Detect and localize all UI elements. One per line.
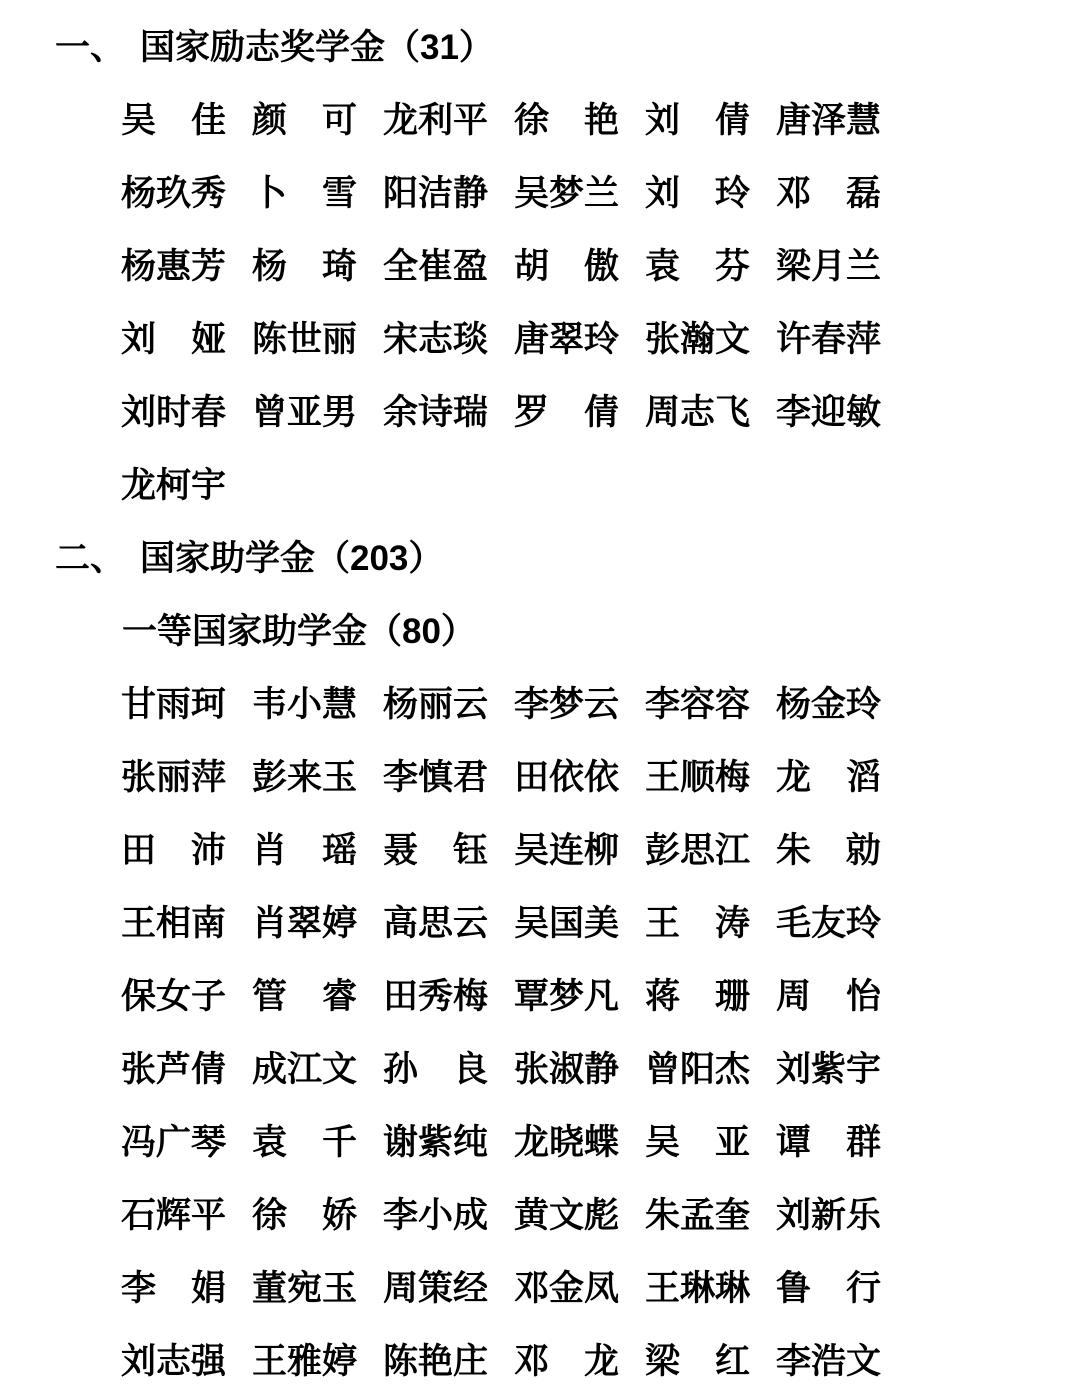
student-name: 聂 钰 <box>383 833 488 868</box>
student-name: 李容容 <box>645 687 750 722</box>
student-name: 徐 娇 <box>252 1198 357 1233</box>
student-name: 张瀚文 <box>645 322 750 357</box>
student-name: 周策经 <box>383 1271 488 1306</box>
student-name: 覃梦凡 <box>514 979 619 1014</box>
student-name: 李慎君 <box>383 760 488 795</box>
student-name: 杨金玲 <box>776 687 881 722</box>
name-row: 田 沛肖 瑶聂 钰吴连柳彭思江朱 勍 <box>0 814 1080 887</box>
student-name: 杨玖秀 <box>121 176 226 211</box>
student-name: 王 涛 <box>645 906 750 941</box>
subsection-title: 一等国家助学金（80） <box>122 614 476 649</box>
student-name: 张芦倩 <box>121 1052 226 1087</box>
student-name: 许春萍 <box>776 322 881 357</box>
name-row: 保女子管 睿田秀梅覃梦凡蒋 珊周 怡 <box>0 960 1080 1033</box>
student-name: 邓 磊 <box>776 176 881 211</box>
student-name: 董宛玉 <box>252 1271 357 1306</box>
student-name: 吴 佳 <box>121 103 226 138</box>
student-name: 鲁 行 <box>776 1271 881 1306</box>
student-name: 彭思江 <box>645 833 750 868</box>
student-name: 王相南 <box>121 906 226 941</box>
student-name: 唐翠玲 <box>514 322 619 357</box>
student-name: 刘 倩 <box>645 103 750 138</box>
student-name: 吴国美 <box>514 906 619 941</box>
student-name: 毛友玲 <box>776 906 881 941</box>
student-name: 王琳琳 <box>645 1271 750 1306</box>
student-name: 谢紫纯 <box>383 1125 488 1160</box>
student-name: 肖翠婷 <box>252 906 357 941</box>
student-name: 彭来玉 <box>252 760 357 795</box>
student-name: 刘时春 <box>121 395 226 430</box>
student-name: 罗 倩 <box>514 395 619 430</box>
section-number: 一、 <box>55 30 140 65</box>
student-name: 刘志强 <box>121 1344 226 1379</box>
student-name: 龙利平 <box>383 103 488 138</box>
student-name: 曾亚男 <box>252 395 357 430</box>
name-row: 甘雨珂韦小慧杨丽云李梦云李容容杨金玲 <box>0 668 1080 741</box>
student-name: 袁 芬 <box>645 249 750 284</box>
student-name: 陈艳庄 <box>383 1344 488 1379</box>
student-name: 吴连柳 <box>514 833 619 868</box>
student-name: 李梦云 <box>514 687 619 722</box>
student-name: 刘新乐 <box>776 1198 881 1233</box>
section-heading: 一、国家励志奖学金（31） <box>0 11 1080 84</box>
student-name: 龙柯宇 <box>121 468 226 503</box>
student-name: 曾阳杰 <box>645 1052 750 1087</box>
student-name: 宋志琰 <box>383 322 488 357</box>
student-name: 田秀梅 <box>383 979 488 1014</box>
student-name: 邓 龙 <box>514 1344 619 1379</box>
student-name: 阳洁静 <box>383 176 488 211</box>
name-row: 刘 娅陈世丽宋志琰唐翠玲张瀚文许春萍 <box>0 303 1080 376</box>
student-name: 朱 勍 <box>776 833 881 868</box>
section-heading: 二、国家助学金（203） <box>0 522 1080 595</box>
name-row: 张芦倩成江文孙 良张淑静曾阳杰刘紫宇 <box>0 1033 1080 1106</box>
student-name: 唐泽慧 <box>776 103 881 138</box>
section-title: 国家励志奖学金（31） <box>140 30 494 65</box>
student-name: 张淑静 <box>514 1052 619 1087</box>
name-row: 冯广琴袁 千谢紫纯龙晓蝶吴 亚谭 群 <box>0 1106 1080 1179</box>
student-name: 卜 雪 <box>252 176 357 211</box>
student-name: 邓金凤 <box>514 1271 619 1306</box>
name-row: 刘志强王雅婷陈艳庄邓 龙梁 红李浩文 <box>0 1325 1080 1398</box>
student-name: 刘 娅 <box>121 322 226 357</box>
student-name: 石辉平 <box>121 1198 226 1233</box>
student-name: 梁月兰 <box>776 249 881 284</box>
name-row: 李 娟董宛玉周策经邓金凤王琳琳鲁 行 <box>0 1252 1080 1325</box>
subsection-heading: 一等国家助学金（80） <box>0 595 1080 668</box>
student-name: 刘紫宇 <box>776 1052 881 1087</box>
section-number: 二、 <box>55 541 140 576</box>
student-name: 颜 可 <box>252 103 357 138</box>
student-name: 陈世丽 <box>252 322 357 357</box>
student-name: 田依依 <box>514 760 619 795</box>
student-name: 孙 良 <box>383 1052 488 1087</box>
student-name: 李迎敏 <box>776 395 881 430</box>
name-row: 吴 佳颜 可龙利平徐 艳刘 倩唐泽慧 <box>0 84 1080 157</box>
student-name: 刘 玲 <box>645 176 750 211</box>
student-name: 徐 艳 <box>514 103 619 138</box>
student-name: 周 怡 <box>776 979 881 1014</box>
student-name: 保女子 <box>121 979 226 1014</box>
student-name: 胡 傲 <box>514 249 619 284</box>
student-name: 袁 千 <box>252 1125 357 1160</box>
student-name: 成江文 <box>252 1052 357 1087</box>
document-page: 一、国家励志奖学金（31）吴 佳颜 可龙利平徐 艳刘 倩唐泽慧杨玖秀卜 雪阳洁静… <box>0 0 1080 1398</box>
name-row: 王相南肖翠婷高思云吴国美王 涛毛友玲 <box>0 887 1080 960</box>
student-name: 吴 亚 <box>645 1125 750 1160</box>
name-row: 杨玖秀卜 雪阳洁静吴梦兰刘 玲邓 磊 <box>0 157 1080 230</box>
student-name: 黄文彪 <box>514 1198 619 1233</box>
section-title: 国家助学金（203） <box>140 541 443 576</box>
student-name: 李浩文 <box>776 1344 881 1379</box>
student-name: 管 睿 <box>252 979 357 1014</box>
name-row: 石辉平徐 娇李小成黄文彪朱孟奎刘新乐 <box>0 1179 1080 1252</box>
name-row: 刘时春曾亚男余诗瑞罗 倩周志飞李迎敏 <box>0 376 1080 449</box>
student-name: 杨丽云 <box>383 687 488 722</box>
student-name: 全崔盈 <box>383 249 488 284</box>
name-row: 龙柯宇 <box>0 449 1080 522</box>
student-name: 张丽萍 <box>121 760 226 795</box>
student-name: 田 沛 <box>121 833 226 868</box>
student-name: 吴梦兰 <box>514 176 619 211</box>
student-name: 周志飞 <box>645 395 750 430</box>
student-name: 杨 琦 <box>252 249 357 284</box>
student-name: 蒋 珊 <box>645 979 750 1014</box>
name-row: 张丽萍彭来玉李慎君田依依王顺梅龙 滔 <box>0 741 1080 814</box>
student-name: 龙 滔 <box>776 760 881 795</box>
student-name: 余诗瑞 <box>383 395 488 430</box>
student-name: 王雅婷 <box>252 1344 357 1379</box>
student-name: 韦小慧 <box>252 687 357 722</box>
student-name: 王顺梅 <box>645 760 750 795</box>
student-name: 杨惠芳 <box>121 249 226 284</box>
student-name: 高思云 <box>383 906 488 941</box>
student-name: 冯广琴 <box>121 1125 226 1160</box>
name-row: 杨惠芳杨 琦全崔盈胡 傲袁 芬梁月兰 <box>0 230 1080 303</box>
student-name: 李 娟 <box>121 1271 226 1306</box>
student-name: 龙晓蝶 <box>514 1125 619 1160</box>
student-name: 谭 群 <box>776 1125 881 1160</box>
student-name: 梁 红 <box>645 1344 750 1379</box>
student-name: 朱孟奎 <box>645 1198 750 1233</box>
student-name: 肖 瑶 <box>252 833 357 868</box>
student-name: 李小成 <box>383 1198 488 1233</box>
student-name: 甘雨珂 <box>121 687 226 722</box>
